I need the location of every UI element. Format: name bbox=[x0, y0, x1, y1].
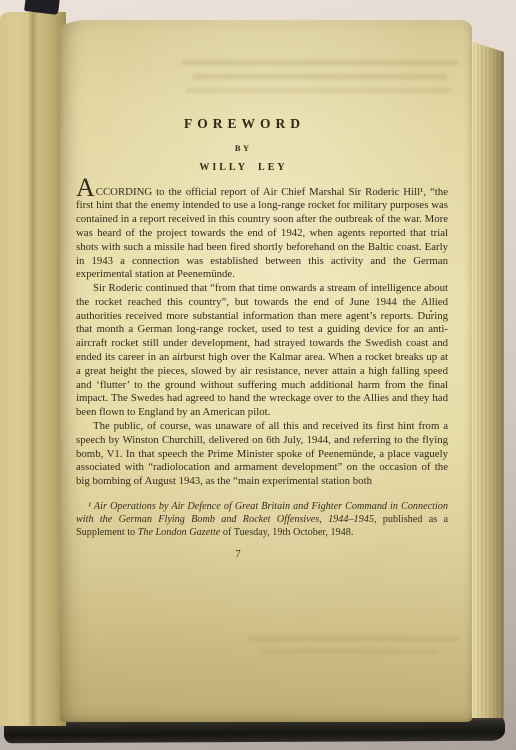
show-through-ghost bbox=[248, 636, 460, 641]
byline-label: BY bbox=[56, 143, 428, 153]
page-fore-edge bbox=[467, 34, 504, 718]
author-name: WILLY LEY bbox=[56, 162, 428, 173]
paragraph-3: The public, of course, was unaware of al… bbox=[76, 420, 448, 489]
footnote-roman-end: of Tuesday, 19th October, 1948. bbox=[220, 527, 353, 538]
paragraph-2: Sir Roderic continued that “from that ti… bbox=[76, 282, 448, 420]
initial-capital: A bbox=[76, 173, 96, 202]
book-photo: FOREWORD BY WILLY LEY ACCORDING to the o… bbox=[0, 0, 516, 750]
page-title: FOREWORD bbox=[56, 116, 428, 132]
paragraph-1-text: CCORDING to the official report of Air C… bbox=[76, 186, 448, 281]
footnote: ¹ Air Operations by Air Defence of Great… bbox=[76, 500, 448, 540]
footnote-gazette-italic: The London Gazette bbox=[138, 527, 221, 538]
show-through-ghost bbox=[260, 649, 438, 653]
text-block: FOREWORD BY WILLY LEY ACCORDING to the o… bbox=[76, 116, 448, 560]
paragraph-1: ACCORDING to the official report of Air … bbox=[76, 186, 448, 283]
show-through-ghost bbox=[182, 60, 458, 65]
book-page: FOREWORD BY WILLY LEY ACCORDING to the o… bbox=[60, 20, 472, 722]
gutter-crease bbox=[28, 12, 38, 726]
show-through-ghost bbox=[186, 88, 452, 93]
show-through-ghost bbox=[192, 74, 448, 79]
page-number: 7 bbox=[52, 549, 424, 560]
page-edge-lines bbox=[467, 34, 504, 718]
